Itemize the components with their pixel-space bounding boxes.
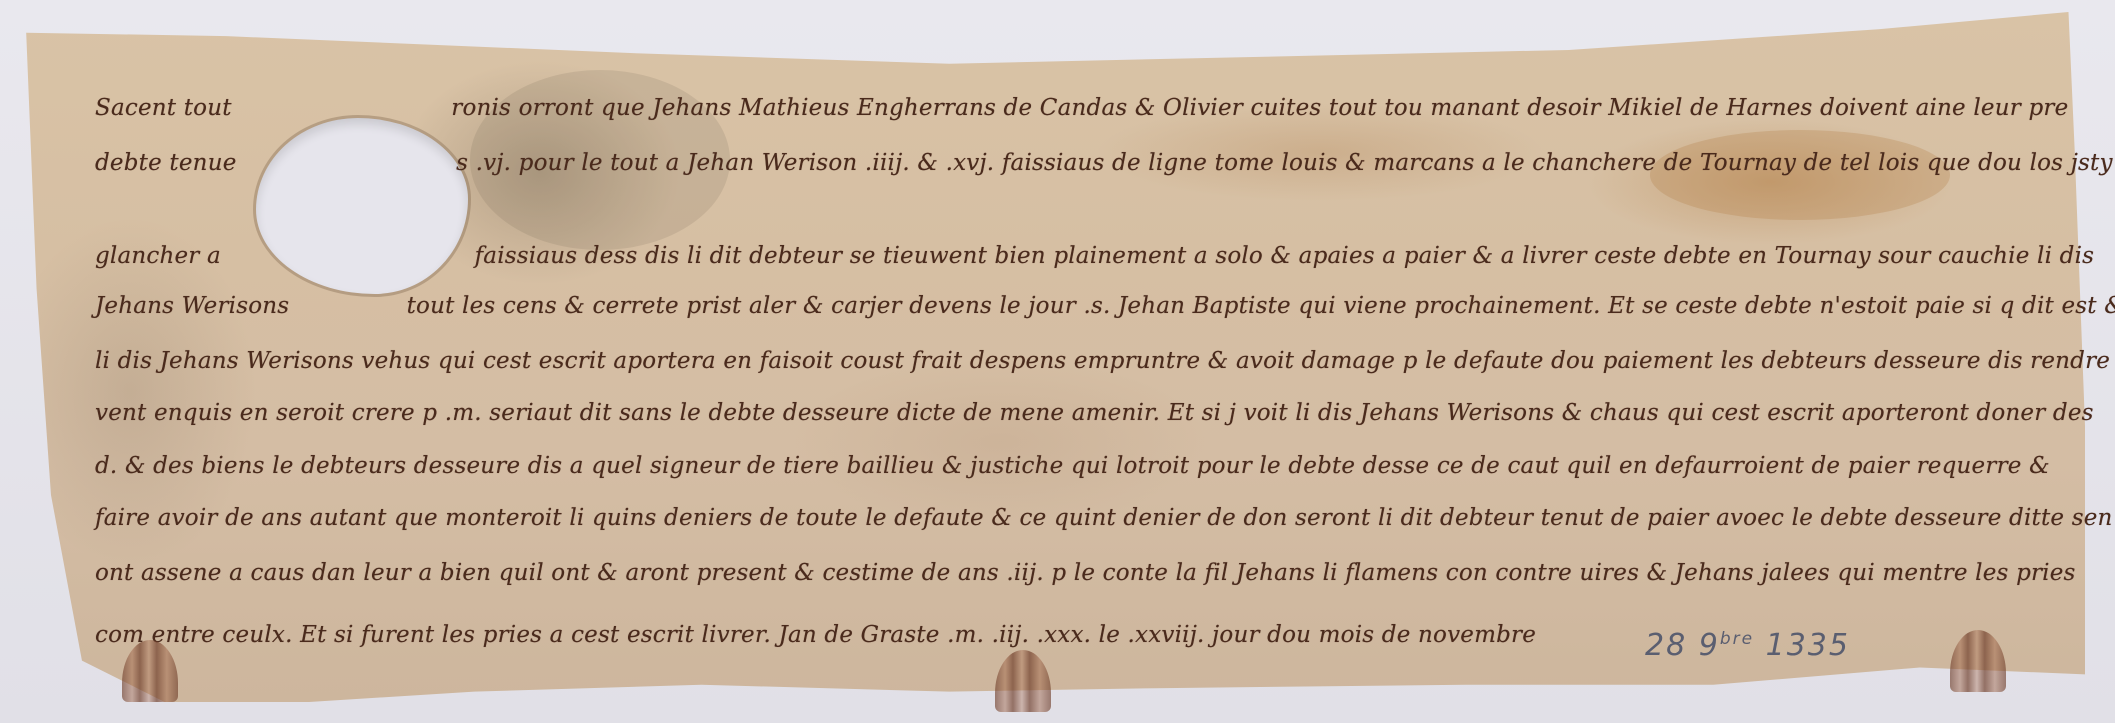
text-line-4: Jehans Werisons ⠀⠀⠀⠀⠀⠀ tout les cens & c… — [95, 293, 2115, 319]
text-line-1: Sacent tout ⠀⠀⠀⠀⠀⠀⠀⠀⠀⠀⠀⠀ ronis orront qu… — [95, 95, 2068, 121]
annotation-year: 1335 — [1766, 628, 1850, 663]
text-line-6: vent enquis en seroit crere p .m. seriau… — [95, 400, 2094, 426]
annotation-month-suffix: bre — [1720, 629, 1754, 649]
text-line-8: faire avoir de ans autant que monteroit … — [95, 505, 2113, 531]
text-line-3: glancher a ⠀⠀⠀⠀⠀⠀⠀⠀⠀⠀⠀⠀⠀⠀ faissiaus dess… — [95, 243, 2094, 269]
annotation-month: 9 — [1699, 628, 1720, 663]
text-line-10: com entre ceulx. Et si furent les pries … — [95, 622, 1536, 648]
date-annotation: 28 9bre 1335 — [1645, 628, 1850, 663]
text-line-9: ont assene a caus dan leur a bien quil o… — [95, 560, 2076, 586]
annotation-day: 28 — [1645, 628, 1687, 663]
text-line-5: li dis Jehans Werisons vehus qui cest es… — [95, 348, 2115, 374]
text-line-2: debte tenue ⠀⠀⠀⠀⠀⠀⠀⠀⠀⠀⠀⠀ s .vj. pour le … — [95, 150, 2113, 176]
text-line-7: d. & des biens le debteurs desseure dis … — [95, 453, 2050, 479]
